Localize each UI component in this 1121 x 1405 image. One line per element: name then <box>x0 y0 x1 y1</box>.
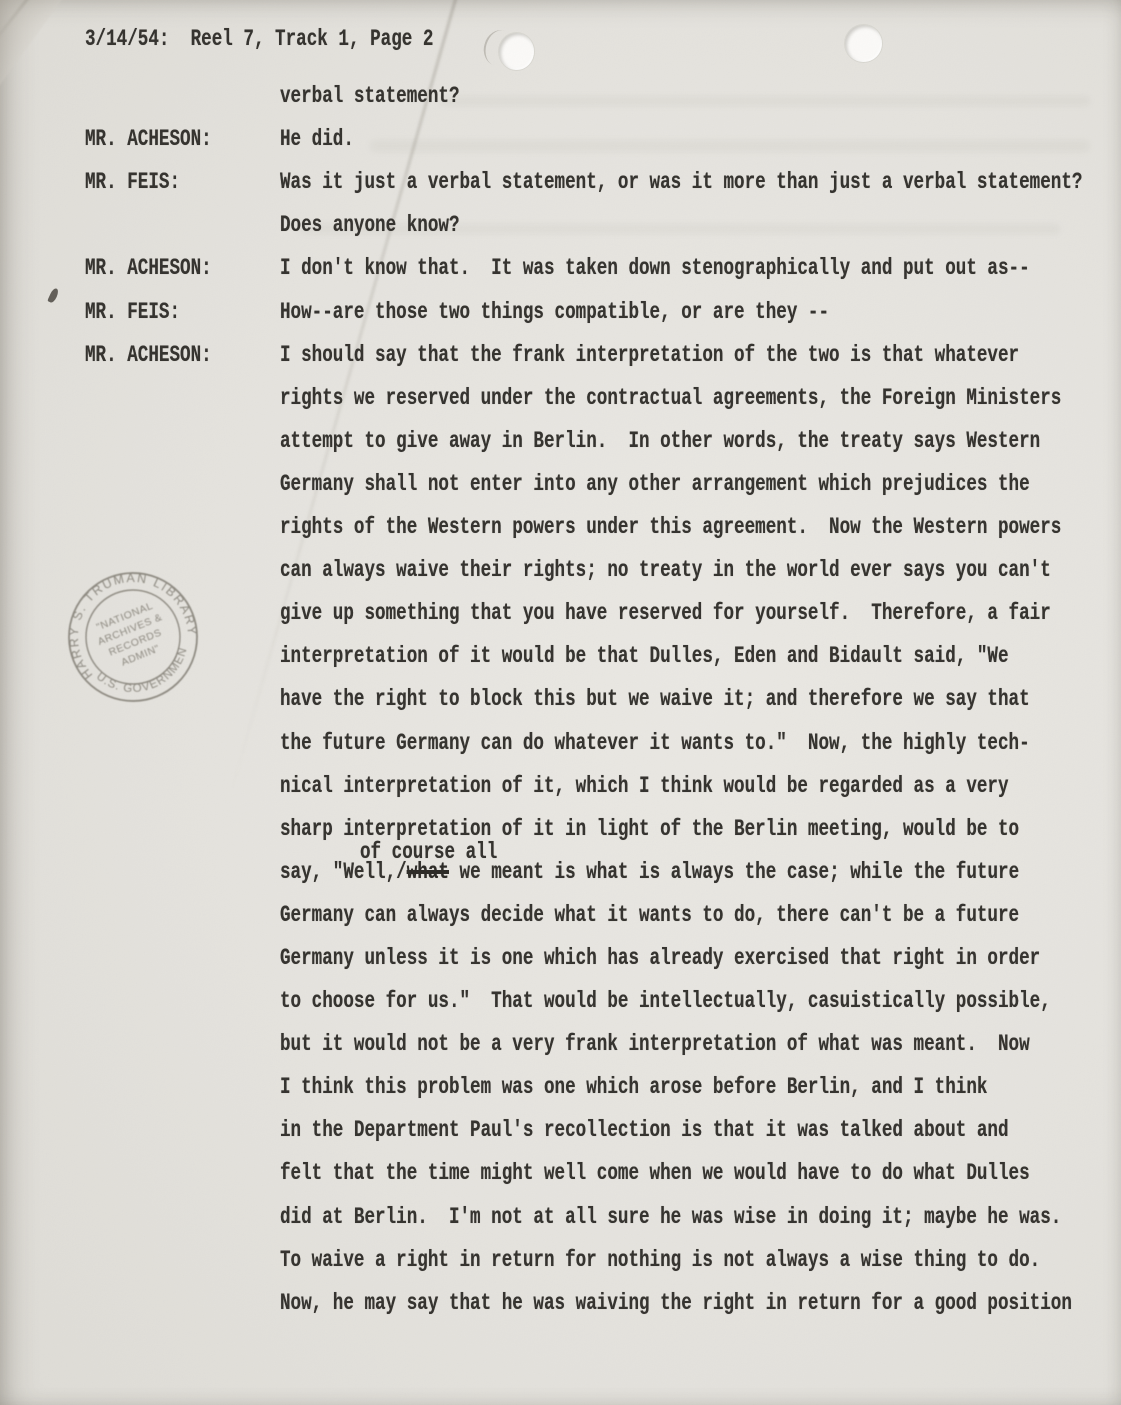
transcript-text: verbal statement? <box>280 83 460 110</box>
speaker-label: MR. ACHESON: <box>85 126 234 153</box>
transcript-row: Germany can always decide what it wants … <box>0 886 1121 929</box>
struck-word: what <box>407 859 449 885</box>
transcript-text: Was it just a verbal statement, or was i… <box>280 169 1082 196</box>
transcript-row: MR. ACHESON:I should say that the frank … <box>0 326 1121 369</box>
transcript-row: but it would not be a very frank interpr… <box>0 1015 1121 1058</box>
transcript-row: Does anyone know? <box>0 196 1121 239</box>
transcript-text: attempt to give away in Berlin. In other… <box>280 428 1040 455</box>
transcript-text: He did. <box>280 126 354 153</box>
transcript-text: the future Germany can do whatever it wa… <box>280 730 1030 757</box>
transcript-text: felt that the time might well come when … <box>280 1160 1030 1187</box>
transcript-text: I don't know that. It was taken down ste… <box>280 255 1030 282</box>
transcript-text: Germany unless it is one which has alrea… <box>280 945 1040 972</box>
transcript-row: MR. FEIS:How--are those two things compa… <box>0 282 1121 325</box>
transcript-text: in the Department Paul's recollection is… <box>280 1117 1009 1144</box>
transcript-text: say, "Well,/what we meant is what is alw… <box>280 859 1019 886</box>
transcript-text: Does anyone know? <box>280 212 460 239</box>
transcript-row: of course allsay, "Well,/what we meant i… <box>0 843 1121 886</box>
transcript-text: Germany can always decide what it wants … <box>280 902 1019 929</box>
transcript-text: but it would not be a very frank interpr… <box>280 1031 1030 1058</box>
transcript-text: To waive a right in return for nothing i… <box>280 1247 1040 1274</box>
speaker-label: MR. FEIS: <box>85 299 234 326</box>
transcript-row: attempt to give away in Berlin. In other… <box>0 412 1121 455</box>
transcript-text: to choose for us." That would be intelle… <box>280 988 1051 1015</box>
transcript-row: Germany shall not enter into any other a… <box>0 455 1121 498</box>
speaker-label: MR. ACHESON: <box>85 255 234 282</box>
transcript-text: can always waive their rights; no treaty… <box>280 557 1051 584</box>
transcript-text: interpretation of it would be that Dulle… <box>280 643 1009 670</box>
transcript-row: sharp interpretation of it in light of t… <box>0 800 1121 843</box>
transcript-row: to choose for us." That would be intelle… <box>0 972 1121 1015</box>
page-header-text: 3/14/54: Reel 7, Track 1, Page 2 <box>85 26 433 53</box>
punch-hole-left <box>499 33 534 70</box>
transcript-row: felt that the time might well come when … <box>0 1144 1121 1187</box>
transcript-row: verbal statement? <box>0 67 1121 110</box>
transcript-row: MR. ACHESON:I don't know that. It was ta… <box>0 239 1121 282</box>
transcript-row: Now, he may say that he was waiving the … <box>0 1274 1121 1317</box>
transcript-text: give up something that you have reserved… <box>280 600 1051 627</box>
transcript-row: nical interpretation of it, which I thin… <box>0 757 1121 800</box>
transcript-text: rights of the Western powers under this … <box>280 514 1061 541</box>
transcript-row: the future Germany can do whatever it wa… <box>0 713 1121 756</box>
transcript-text: nical interpretation of it, which I thin… <box>280 773 1009 800</box>
transcript-row: MR. FEIS:Was it just a verbal statement,… <box>0 153 1121 196</box>
transcript-row: MR. ACHESON:He did. <box>0 110 1121 153</box>
transcript-text: Now, he may say that he was waiving the … <box>280 1290 1072 1317</box>
speaker-label: MR. FEIS: <box>85 169 234 196</box>
transcript-row: I think this problem was one which arose… <box>0 1058 1121 1101</box>
speaker-label: MR. ACHESON: <box>85 342 234 369</box>
transcript-row: To waive a right in return for nothing i… <box>0 1231 1121 1274</box>
transcript-text: I should say that the frank interpretati… <box>280 342 1019 369</box>
transcript-text: How--are those two things compatible, or… <box>280 299 829 326</box>
page-header: 3/14/54: Reel 7, Track 1, Page 2 <box>85 26 540 53</box>
punch-hole-right <box>845 25 882 62</box>
transcript-text: have the right to block this but we waiv… <box>280 686 1030 713</box>
transcript-row: in the Department Paul's recollection is… <box>0 1101 1121 1144</box>
transcript-text: I think this problem was one which arose… <box>280 1074 987 1101</box>
document-page: 3/14/54: Reel 7, Track 1, Page 2 HARRY S… <box>0 0 1121 1405</box>
transcript-text: did at Berlin. I'm not at all sure he wa… <box>280 1204 1061 1231</box>
transcript-text: rights we reserved under the contractual… <box>280 385 1061 412</box>
transcript-text: Germany shall not enter into any other a… <box>280 471 1030 498</box>
transcript-row: did at Berlin. I'm not at all sure he wa… <box>0 1187 1121 1230</box>
transcript-row: Germany unless it is one which has alrea… <box>0 929 1121 972</box>
transcript-row: rights we reserved under the contractual… <box>0 369 1121 412</box>
